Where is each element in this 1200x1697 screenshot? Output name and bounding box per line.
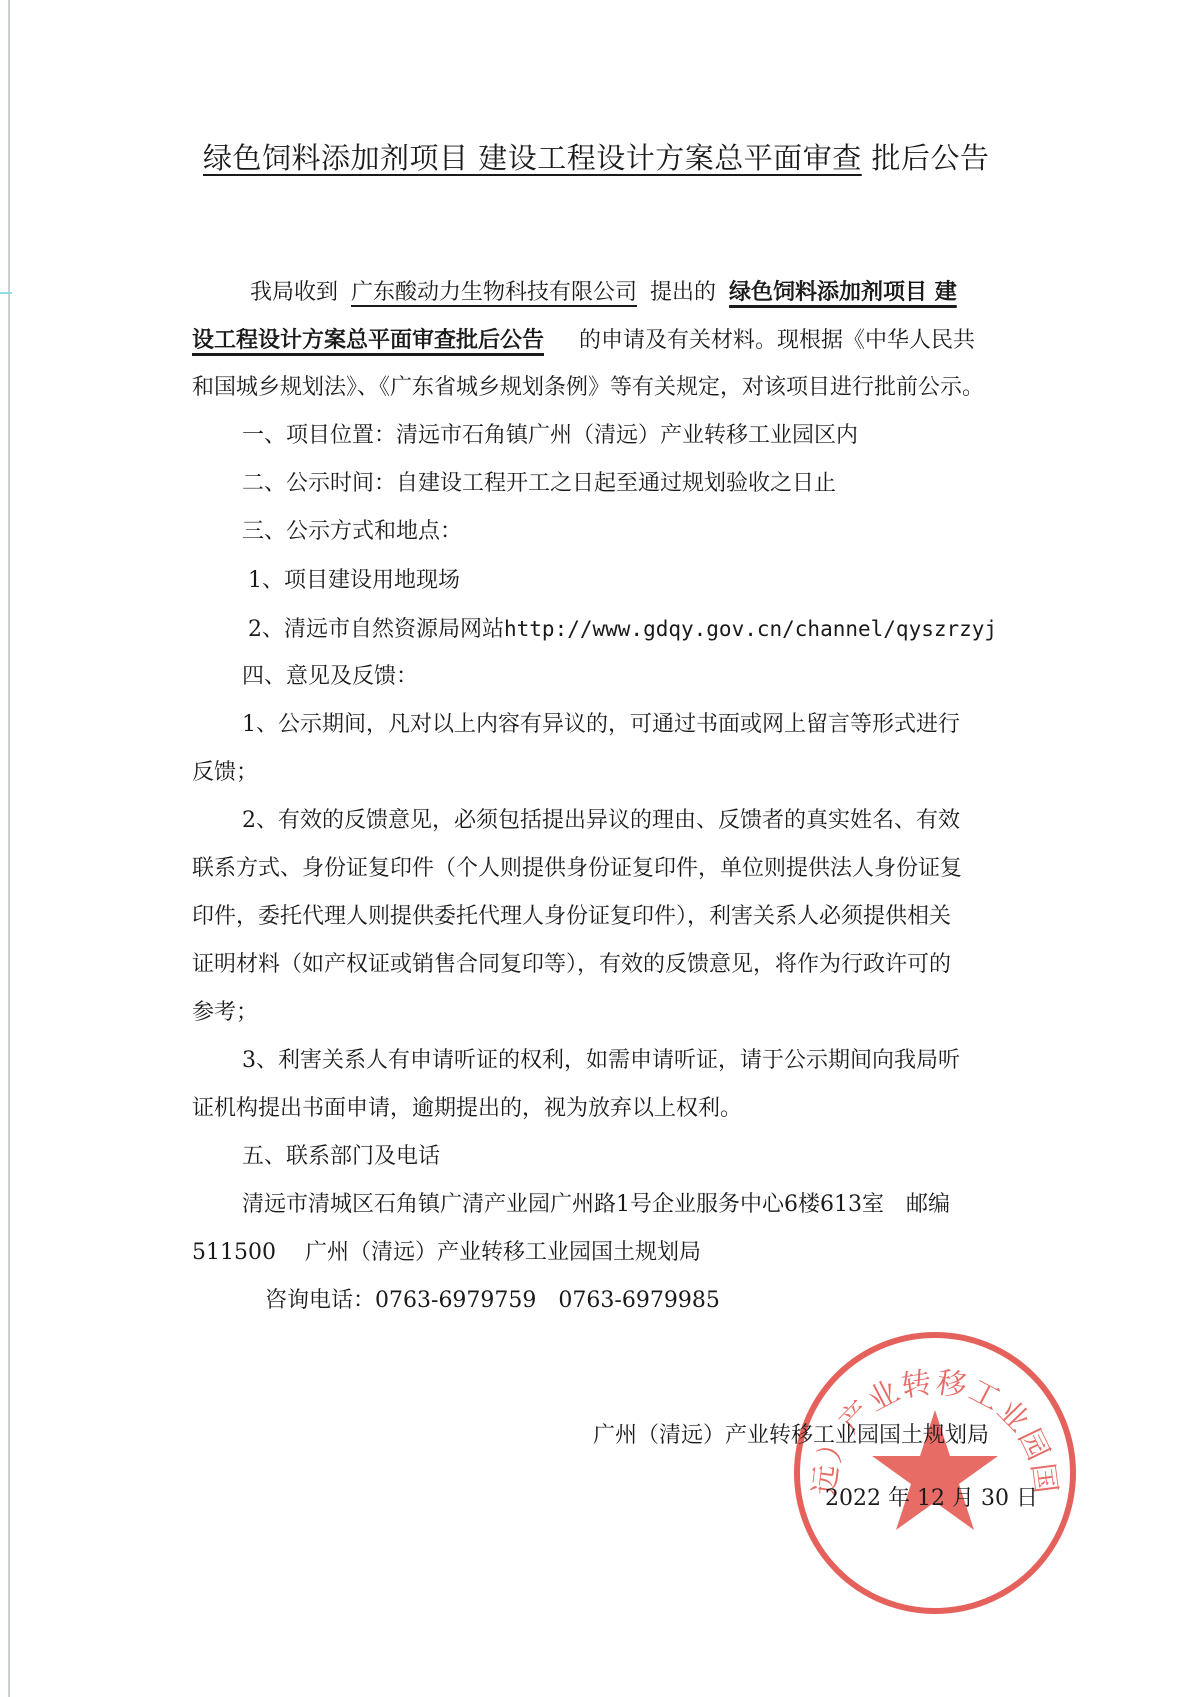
contact-phone-line: 咨询电话：0763-69797590763-6979985: [265, 1286, 720, 1316]
contact-address-line-2: 511500 广州（清远）产业转移工业园国土规划局: [192, 1238, 701, 1268]
title-suffix: 批后公告: [862, 141, 990, 175]
phone-label: 咨询电话：: [265, 1288, 375, 1313]
intro-line-1: 我局收到 广东酸动力生物科技有限公司 提出的 绿色饲料添加剂项目 建: [250, 277, 957, 308]
official-seal-icon: 广州（清远）产业转移工业园国土规划局: [780, 1318, 1090, 1628]
intro-line2-rest: 的申请及有关材料。现根据《中华人民共: [579, 328, 975, 353]
section-4-item-1-line-2: 反馈；: [192, 758, 258, 788]
section-4-item-2-line-1: 2、有效的反馈意见，必须包括提出异议的理由、反馈者的真实姓名、有效: [242, 806, 960, 836]
document-title: 绿色饲料添加剂项目 建设工程设计方案总平面审查 批后公告: [203, 136, 989, 177]
section-4-item-1-line-1: 1、公示期间，凡对以上内容有异议的，可通过书面或网上留言等形式进行: [242, 710, 960, 740]
contact-address-line-1: 清远市清城区石角镇广清产业园广州路1号企业服务中心6楼613室 邮编: [242, 1190, 950, 1220]
section-1-location: 一、项目位置：清远市石角镇广州（清远）产业转移工业园区内: [242, 421, 858, 451]
section-5-heading: 五、联系部门及电话: [242, 1142, 440, 1172]
section-4-item-2-line-2: 联系方式、身份证复印件（个人则提供身份证复印件，单位则提供法人身份证复: [192, 854, 962, 884]
section-2-period: 二、公示时间：自建设工程开工之日起至通过规划验收之日止: [242, 469, 836, 499]
project-name-line2: 设工程设计方案总平面审查批后公告: [192, 327, 544, 353]
section-4-item-3-line-1: 3、利害关系人有申请听证的权利，如需申请听证，请于公示期间向我局听: [242, 1046, 960, 1076]
section-3-item-2: 2、清远市自然资源局网站http://www.gdqy.gov.cn/chann…: [248, 614, 997, 645]
intro-mid: 提出的: [650, 280, 716, 305]
website-link[interactable]: http://www.gdqy.gov.cn/channel/qyszrzyj: [504, 617, 997, 641]
scan-edge-mark: [0, 292, 12, 294]
section-3-heading: 三、公示方式和地点：: [242, 517, 462, 547]
section-4-item-3-line-2: 证机构提出书面申请，逾期提出的，视为放弃以上权利。: [192, 1094, 742, 1124]
phone-number-2: 0763-6979985: [558, 1288, 719, 1313]
scan-edge-line: [8, 0, 10, 1697]
phone-number-1: 0763-6979759: [375, 1288, 536, 1313]
section-4-item-2-line-3: 印件，委托代理人则提供委托代理人身份证复印件），利害关系人必须提供相关: [192, 902, 951, 932]
applicant-name: 广东酸动力生物科技有限公司: [351, 280, 637, 305]
section-3-item-1: 1、项目建设用地现场: [248, 566, 460, 596]
intro-line-2: 设工程设计方案总平面审查批后公告​ 的申请及有关材料。现根据《中华人民共: [192, 325, 975, 356]
signature-date: 2022 年 12 月 30 日: [825, 1484, 1038, 1514]
intro-line-3: 和国城乡规划法》、《广东省城乡规划条例》等有关规定，对该项目进行批前公示。: [192, 373, 984, 403]
section-4-heading: 四、意见及反馈：: [242, 662, 418, 692]
project-name-line1: 绿色饲料添加剂项目 建: [729, 279, 957, 305]
title-underlined: 绿色饲料添加剂项目 建设工程设计方案总平面审查: [203, 141, 862, 175]
section-4-item-2-line-4: 证明材料（如产权证或销售合同复印等），有效的反馈意见，将作为行政许可的: [192, 950, 951, 980]
website-label: 2、清远市自然资源局网站: [248, 617, 504, 642]
intro-prefix: 我局收到: [250, 280, 338, 305]
section-4-item-2-line-5: 参考；: [192, 998, 258, 1028]
signature-organization: 广州（清远）产业转移工业园国土规划局: [593, 1421, 989, 1451]
